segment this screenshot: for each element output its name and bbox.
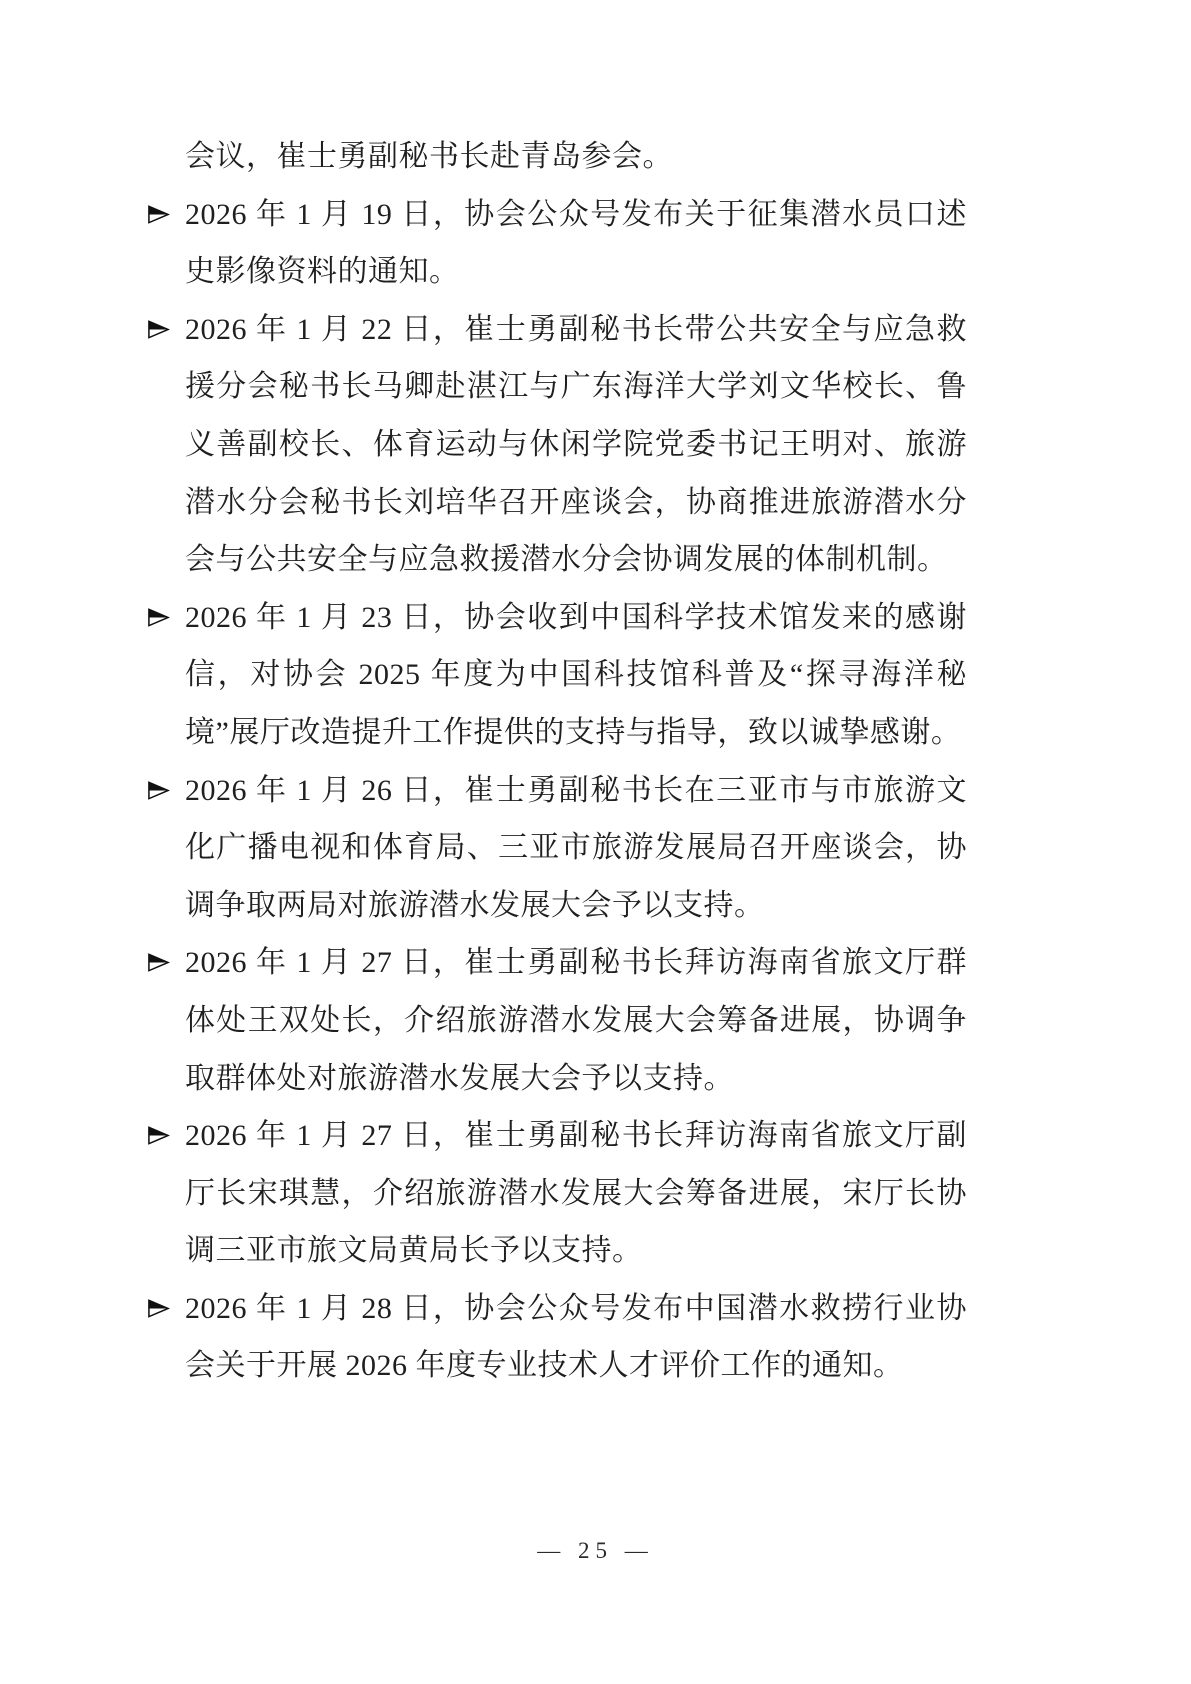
list-item: 2026 年 1 月 23 日，协会收到中国科学技术馆发来的感谢信，对协会 20…: [185, 589, 967, 762]
list-item: 2026 年 1 月 26 日，崔士勇副秘书长在三亚市与市旅游文化广播电视和体育…: [185, 762, 967, 935]
bullet-arrow-icon: [147, 934, 185, 992]
paragraph-text: 会议，崔士勇副秘书长赴青岛参会。: [185, 140, 673, 173]
bullet-arrow-icon: [147, 1107, 185, 1165]
list-item: 2026 年 1 月 27 日，崔士勇副秘书长拜访海南省旅文厅群体处王双处长，介…: [185, 934, 967, 1107]
document-page: 会议，崔士勇副秘书长赴青岛参会。 2026 年 1 月 19 日，协会公众号发布…: [0, 0, 1191, 1684]
text-column: 会议，崔士勇副秘书长赴青岛参会。 2026 年 1 月 19 日，协会公众号发布…: [185, 128, 967, 1395]
paragraph-continuation: 会议，崔士勇副秘书长赴青岛参会。: [185, 128, 967, 186]
list-item: 2026 年 1 月 22 日，崔士勇副秘书长带公共安全与应急救援分会秘书长马卿…: [185, 301, 967, 589]
list-item-text: 2026 年 1 月 27 日，崔士勇副秘书长拜访海南省旅文厅副厅长宋琪慧，介绍…: [185, 1119, 967, 1267]
bullet-arrow-icon: [147, 589, 185, 647]
bullet-arrow-icon: [147, 301, 185, 359]
bullet-arrow-icon: [147, 186, 185, 244]
list-item-text: 2026 年 1 月 28 日，协会公众号发布中国潜水救捞行业协会关于开展 20…: [185, 1292, 967, 1383]
bullet-arrow-icon: [147, 1280, 185, 1338]
list-item-text: 2026 年 1 月 26 日，崔士勇副秘书长在三亚市与市旅游文化广播电视和体育…: [185, 774, 967, 922]
list-item-text: 2026 年 1 月 23 日，协会收到中国科学技术馆发来的感谢信，对协会 20…: [185, 601, 967, 749]
list-item-text: 2026 年 1 月 27 日，崔士勇副秘书长拜访海南省旅文厅群体处王双处长，介…: [185, 946, 967, 1094]
list-item: 2026 年 1 月 27 日，崔士勇副秘书长拜访海南省旅文厅副厅长宋琪慧，介绍…: [185, 1107, 967, 1280]
list-item-text: 2026 年 1 月 22 日，崔士勇副秘书长带公共安全与应急救援分会秘书长马卿…: [185, 313, 967, 576]
list-item-text: 2026 年 1 月 19 日，协会公众号发布关于征集潜水员口述史影像资料的通知…: [185, 198, 967, 289]
bullet-arrow-icon: [147, 762, 185, 820]
list-item: 2026 年 1 月 28 日，协会公众号发布中国潜水救捞行业协会关于开展 20…: [185, 1280, 967, 1395]
list-item: 2026 年 1 月 19 日，协会公众号发布关于征集潜水员口述史影像资料的通知…: [185, 186, 967, 301]
page-number: — 25 —: [0, 1538, 1191, 1564]
